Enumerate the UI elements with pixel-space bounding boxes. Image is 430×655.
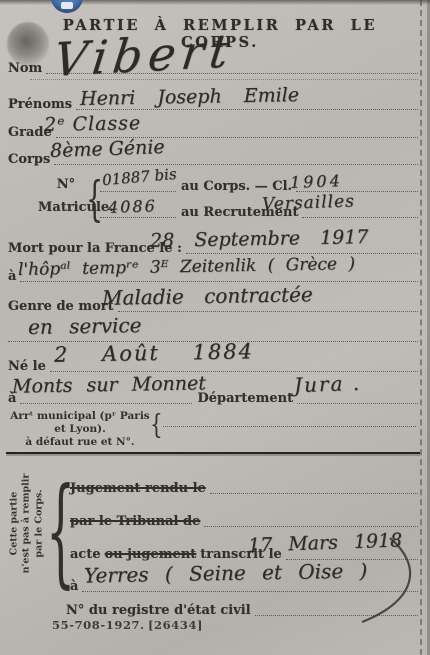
matricule-corps-number-line [100, 189, 176, 192]
classe-handwritten: 1904 [290, 171, 343, 192]
arrondissement-label-2: à défaut rue et N°. [10, 436, 150, 449]
au-corps-label: au Corps. — Cl. [181, 180, 292, 194]
grade-handwritten: 2ᵉ Classe [44, 112, 142, 136]
nom-handwritten: Vibert [51, 23, 238, 87]
imprint-code: 55-708-1927. [52, 618, 145, 632]
transcription-lieu-handwritten: Yerres ( Seine et Oise ) [84, 559, 368, 588]
matricule-recrutement-handwritten: 4086 [108, 196, 157, 217]
registre-dotted-line [255, 613, 418, 616]
lieu-mort-label: à [8, 270, 16, 284]
jugement-label-struck: Jugement rendu le [70, 482, 206, 496]
corps-label: Corps [8, 153, 50, 167]
tribunal-label-struck: par le Tribunal de [70, 515, 200, 529]
side-note-line-3: par le Corps. [33, 463, 45, 585]
mort-date-handwritten: 28 Septembre 1917 [150, 226, 369, 252]
imprint-number: [26434] [148, 618, 203, 632]
arrondissement-dotted-line [163, 408, 416, 427]
jugement-dotted-line [210, 491, 418, 494]
tribunal-dotted-line [204, 524, 418, 527]
lieu-mort-dotted-line [20, 279, 418, 282]
naissance-label: Né le [8, 360, 46, 374]
badge-inner-bar[interactable] [61, 2, 73, 9]
naissance-dotted-line [50, 369, 418, 372]
transcription-lieu-dotted-line [82, 589, 418, 592]
prenoms-label: Prénoms [8, 98, 72, 112]
genre-mort-handwritten-2: en service [28, 313, 142, 339]
acte-label: acte [70, 548, 101, 562]
ou-jugement-label-struck: ou jugement [105, 548, 197, 562]
recrutement-handwritten: Versailles [262, 191, 356, 214]
prenoms-handwritten: Henri Joseph Emile [80, 84, 299, 110]
corps-dotted-line [54, 162, 418, 165]
transcription-lieu-label: à [70, 580, 78, 594]
recrutement-dotted-line [302, 215, 418, 218]
arrondissement-label-1: Arrᵗ municipal (pʳ Paris et Lyon). [10, 410, 150, 436]
mort-dotted-line [186, 251, 418, 254]
field-row-registre: N° du registre d'état civil [66, 596, 418, 618]
commune-dotted-line [20, 401, 192, 404]
side-note-line-2: n'est pas à remplir [21, 463, 33, 585]
registre-label: N° du registre d'état civil [66, 604, 251, 618]
perforation-dashed-line [420, 0, 422, 655]
commune-handwritten: Monts sur Monnet [12, 372, 206, 397]
genre-mort-label: Genre de mort [8, 300, 114, 314]
genre-mort-handwritten: Maladie contractée [102, 282, 313, 310]
departement-dotted-line [297, 401, 418, 404]
death-record-card: PARTIE À REMPLIR PAR LE CORPS. Nom Viber… [0, 0, 430, 655]
field-row-tribunal: par le Tribunal de [70, 505, 418, 529]
departement-label: Département [197, 392, 293, 406]
departement-handwritten: Jura . [294, 371, 362, 397]
corps-handwritten: 8ème Génie [50, 136, 165, 162]
arrondissement-brace: { [150, 408, 163, 440]
genre-mort-dotted-line [118, 309, 418, 312]
side-note-line-1: Cette partie [8, 463, 20, 585]
arrondissement-label-block: Arrᵗ municipal (pʳ Paris et Lyon). à déf… [10, 410, 150, 449]
field-row-jugement: Jugement rendu le [70, 472, 418, 496]
naissance-date-handwritten: 2 Août 1884 [54, 339, 254, 366]
side-note-vertical: Cette partie n'est pas à remplir par le … [8, 463, 45, 585]
nom-label: Nom [8, 62, 42, 76]
section-divider [6, 452, 420, 454]
